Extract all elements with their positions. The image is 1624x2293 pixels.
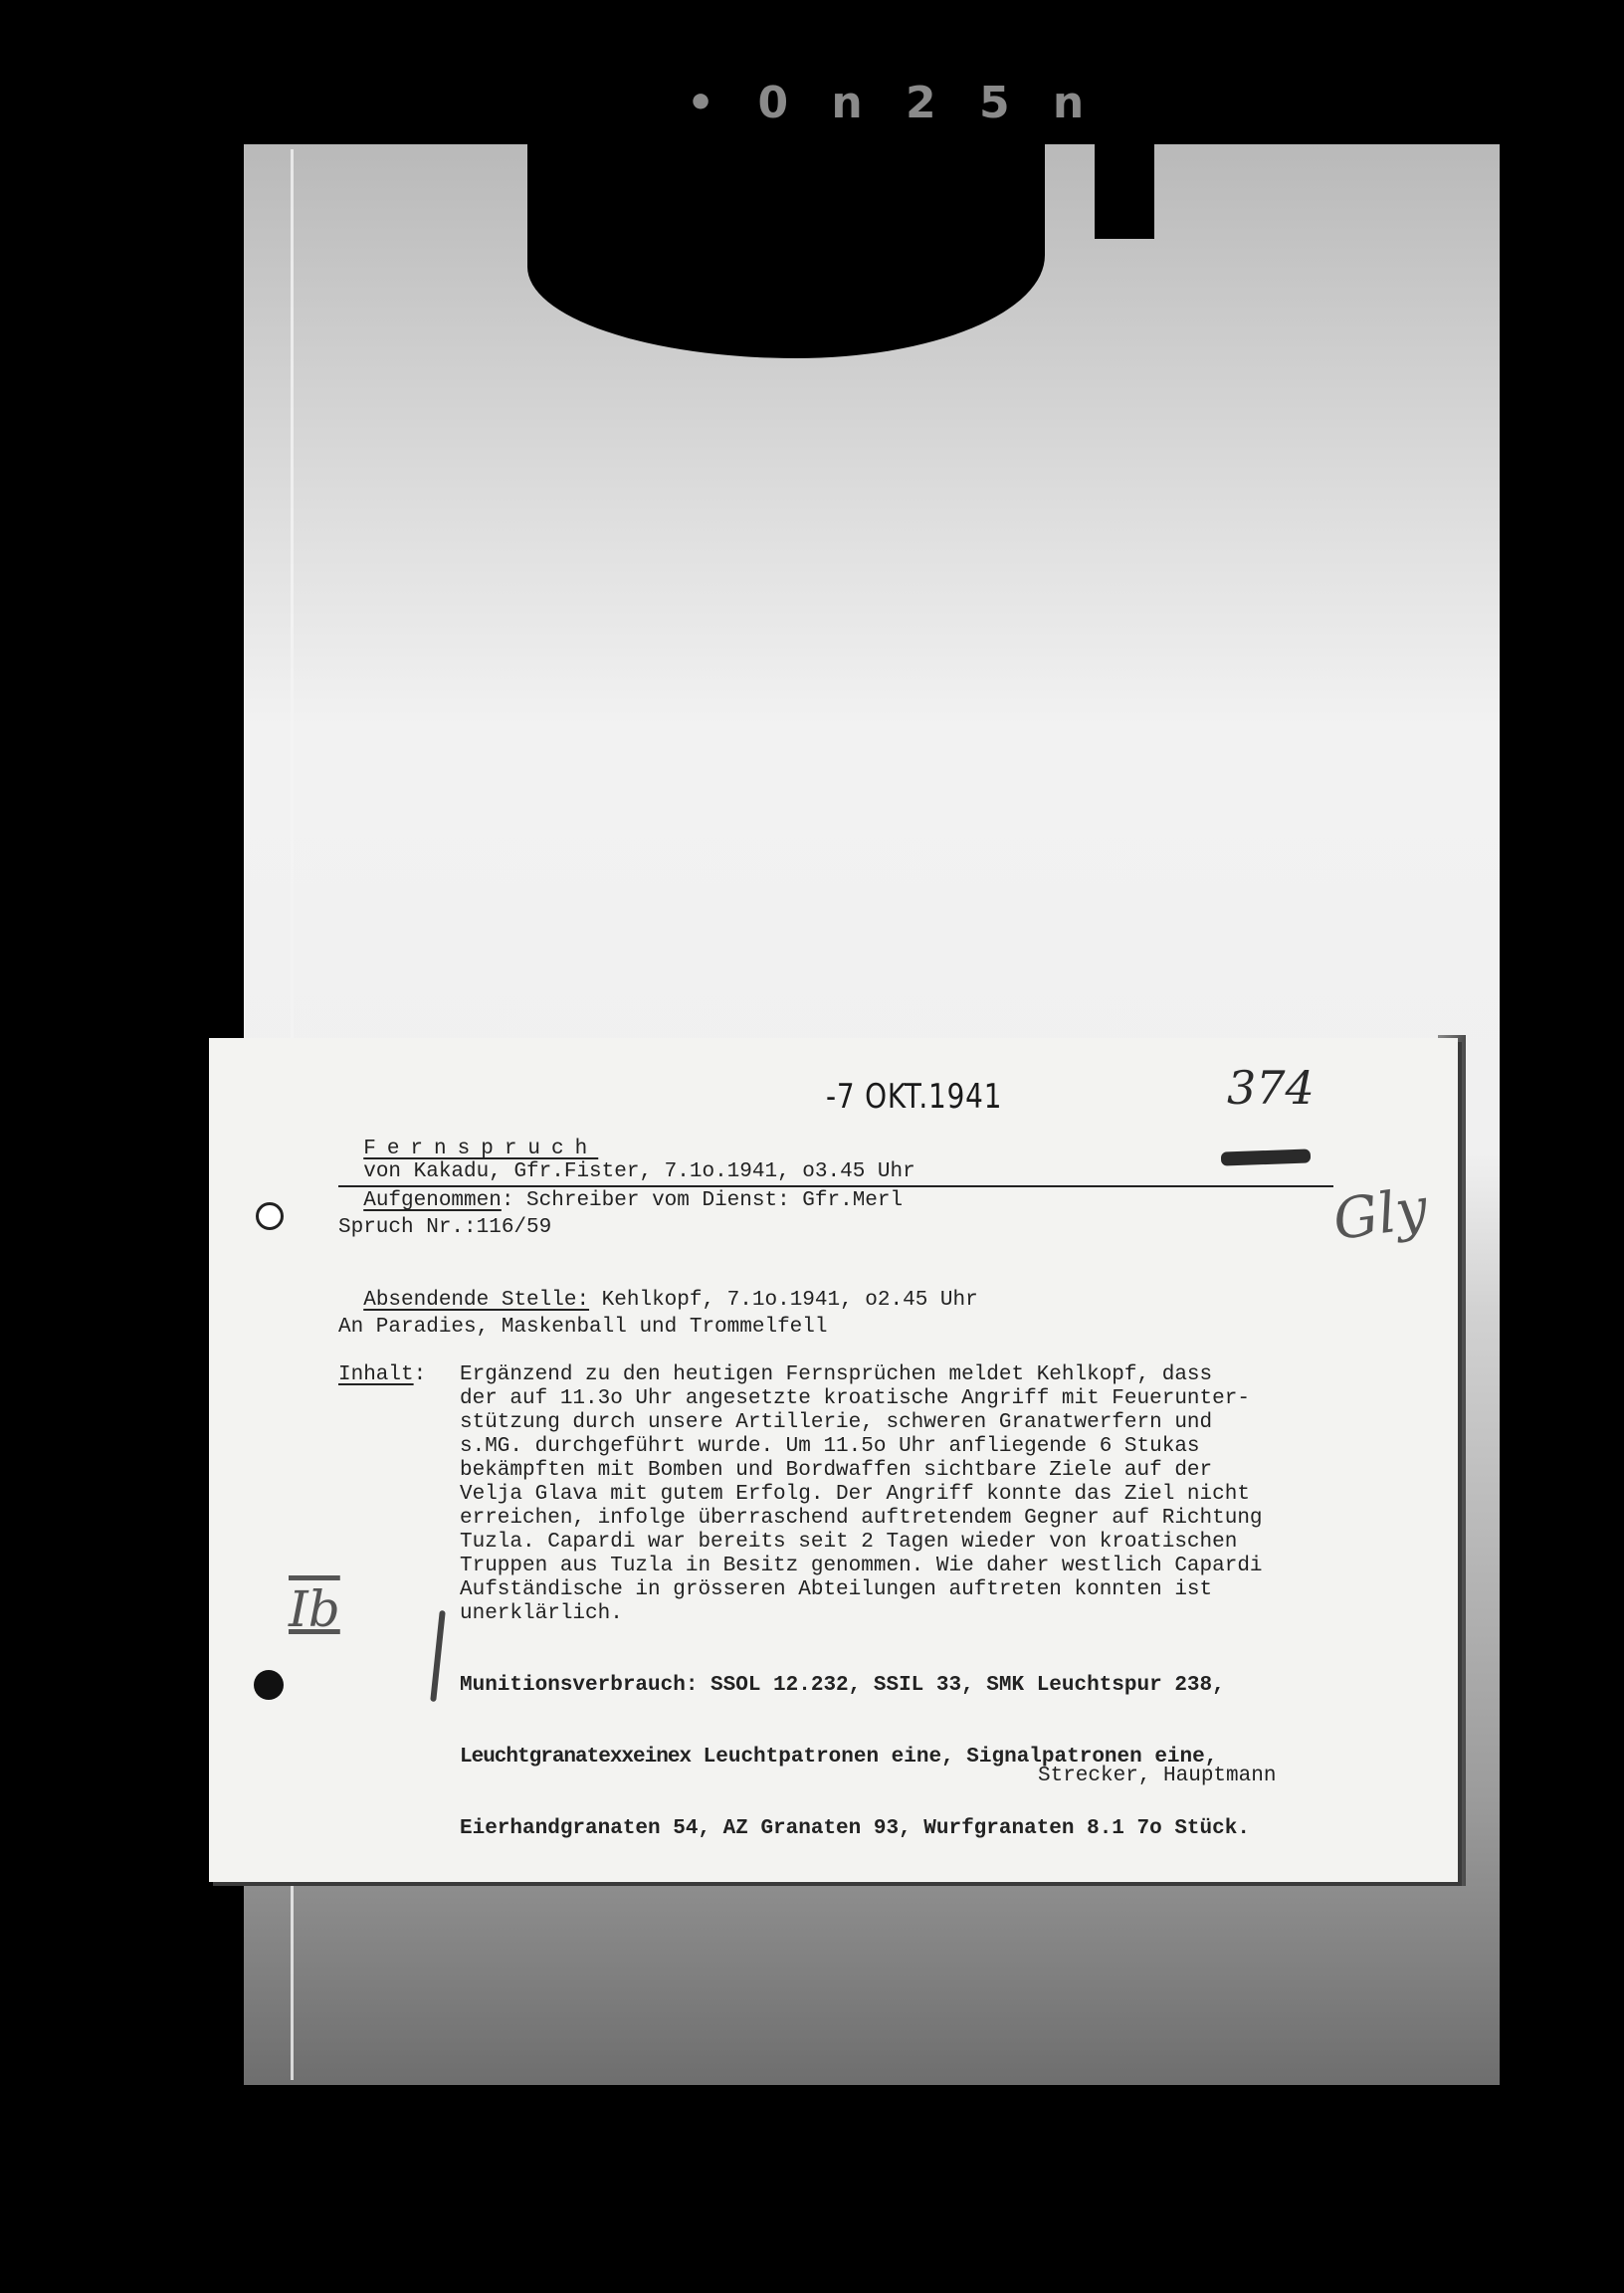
- signature: Strecker, Hauptmann: [1038, 1765, 1276, 1787]
- clip-notch: [1095, 129, 1154, 239]
- folio-number: 374: [1227, 1061, 1315, 1115]
- content-line: Ergänzend zu den heutigen Fernsprüchen m…: [460, 1363, 1455, 1387]
- content-body: Ergänzend zu den heutigen Fernsprüchen m…: [460, 1363, 1455, 1626]
- content-line: Truppen aus Tuzla in Besitz genommen. Wi…: [460, 1555, 1455, 1578]
- ammunition-line-3: Eierhandgranaten 54, AZ Granaten 93, Wur…: [460, 1817, 1250, 1841]
- sender-value: Kehlkopf, 7.1o.1941, o2.45 Uhr: [589, 1289, 978, 1312]
- struck-out-text: Leuchtgranatexxeinex: [460, 1746, 691, 1769]
- sender-label: Absendende Stelle:: [363, 1289, 589, 1312]
- content-line: unerklärlich.: [460, 1602, 1455, 1626]
- received-line: Aufgenommen: Schreiber vom Dienst: Gfr.M…: [338, 1166, 903, 1212]
- date-stamp: -7 OKT.1941: [826, 1077, 1002, 1117]
- content-label: Inhalt: [338, 1363, 414, 1386]
- ammunition-block: Munitionsverbrauch: SSOL 12.232, SSIL 33…: [460, 1626, 1250, 1865]
- handwritten-margin-mark: Ib: [289, 1580, 340, 1638]
- content-line: Aufständische in grösseren Abteilungen a…: [460, 1578, 1455, 1602]
- received-value: : Schreiber vom Dienst: Gfr.Merl: [502, 1189, 903, 1212]
- punch-hole-icon: [256, 1202, 284, 1230]
- punch-hole-icon: [254, 1670, 284, 1700]
- content-line: erreichen, infolge überraschend auftrete…: [460, 1507, 1455, 1531]
- content-label-wrap: Inhalt:: [338, 1363, 426, 1386]
- message-number: Spruch Nr.:116/59: [338, 1216, 551, 1239]
- content-colon: :: [414, 1363, 427, 1386]
- handwritten-initials: Gly: [1329, 1176, 1431, 1253]
- clip-shadow: [527, 129, 1045, 358]
- header-title: Fernspruch: [363, 1138, 598, 1160]
- film-frame-marker: • 0 n 2 5 n: [687, 78, 1098, 128]
- content-line: bekämpften mit Bomben und Bordwaffen sic…: [460, 1459, 1455, 1483]
- content-line: stützung durch unsere Artillerie, schwer…: [460, 1411, 1455, 1435]
- received-label: Aufgenommen: [363, 1189, 502, 1212]
- recipients-line: An Paradies, Maskenball und Trommelfell: [338, 1316, 827, 1339]
- content-line: Velja Glava mit gutem Erfolg. Der Angrif…: [460, 1483, 1455, 1507]
- content-line: der auf 11.3o Uhr angesetzte kroatische …: [460, 1387, 1455, 1411]
- content-line: Tuzla. Capardi war bereits seit 2 Tagen …: [460, 1531, 1455, 1555]
- content-line: s.MG. durchgeführt wurde. Um 11.5o Uhr a…: [460, 1435, 1455, 1459]
- sender-line: Absendende Stelle: Kehlkopf, 7.1o.1941, …: [338, 1266, 978, 1312]
- ammunition-line-1: Munitionsverbrauch: SSOL 12.232, SSIL 33…: [460, 1674, 1250, 1698]
